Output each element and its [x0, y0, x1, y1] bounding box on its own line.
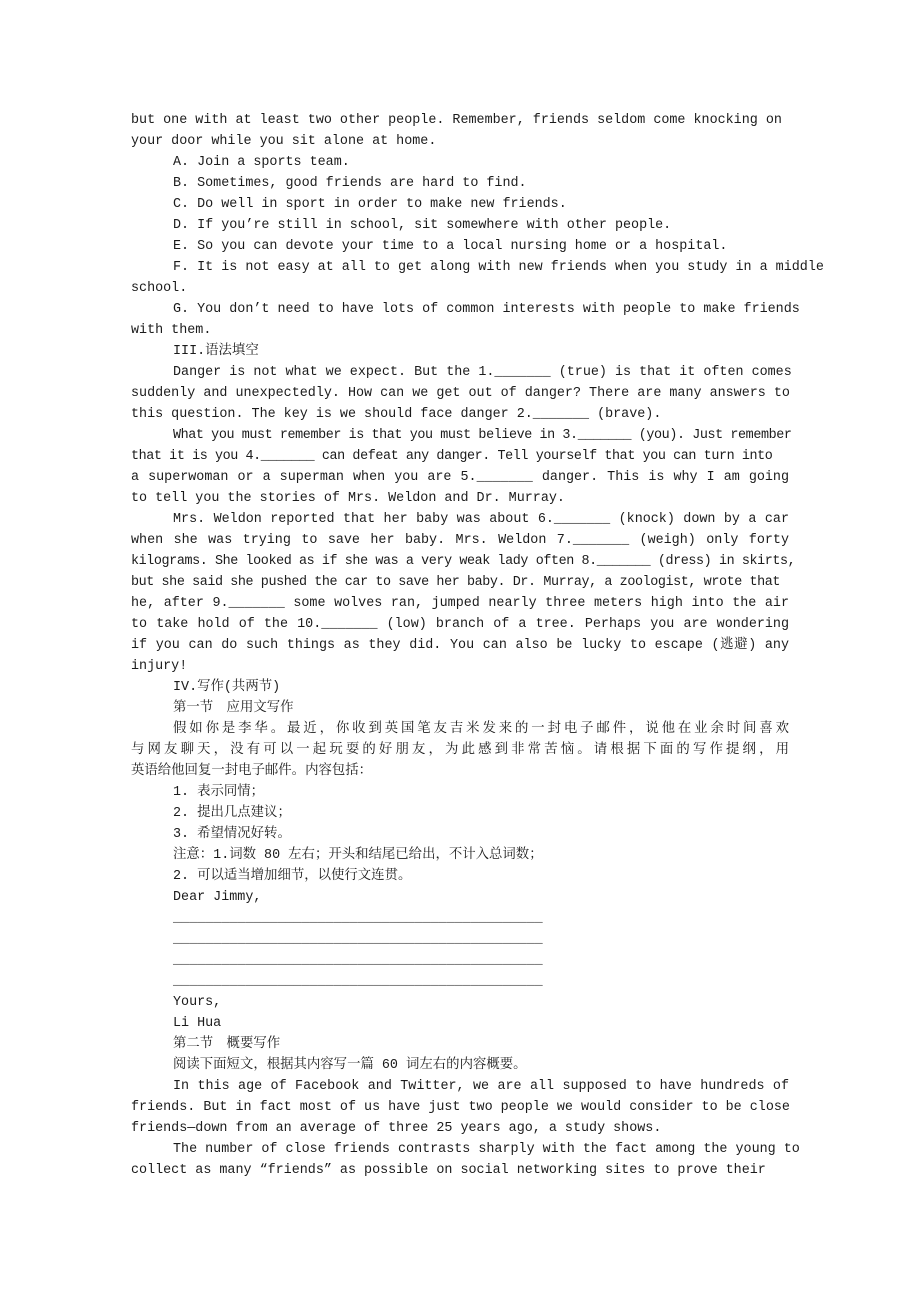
text-line: friends—down from an average of three 25…: [131, 1118, 789, 1139]
text-line: friends. But in fact most of us have jus…: [131, 1097, 789, 1118]
text-line: Yours,: [131, 992, 789, 1013]
text-line: your door while you sit alone at home.: [131, 131, 789, 152]
text-line: collect as many “friends” as possible on…: [131, 1160, 789, 1181]
text-line: In this age of Facebook and Twitter, we …: [131, 1076, 789, 1097]
answer-blank-line: ________________________________________…: [131, 929, 789, 950]
answer-blank-line: ________________________________________…: [131, 971, 789, 992]
text-line: C. Do well in sport in order to make new…: [131, 194, 789, 215]
text-line: The number of close friends contrasts sh…: [131, 1139, 789, 1160]
text-line: school.: [131, 278, 789, 299]
text-line: 2. 提出几点建议；: [131, 803, 789, 824]
answer-blank-line: ________________________________________…: [131, 950, 789, 971]
text-line: Li Hua: [131, 1013, 789, 1034]
text-line: kilograms. She looked as if she was a ve…: [131, 551, 789, 572]
text-line: this question. The key is we should face…: [131, 404, 789, 425]
text-line: 英语给他回复一封电子邮件。内容包括：: [131, 761, 789, 782]
text-line: suddenly and unexpectedly. How can we ge…: [131, 383, 789, 404]
text-line: D. If you’re still in school, sit somewh…: [131, 215, 789, 236]
text-line: if you can do such things as they did. Y…: [131, 635, 789, 656]
text-line: 假如你是李华。最近，你收到英国笔友吉米发来的一封电子邮件，说他在业余时间喜欢: [131, 719, 789, 740]
text-line: Mrs. Weldon reported that her baby was a…: [131, 509, 789, 530]
text-line: that it is you 4._______ can defeat any …: [131, 446, 789, 467]
text-line: 2. 可以适当增加细节，以使行文连贯。: [131, 866, 789, 887]
text-line: a superwoman or a superman when you are …: [131, 467, 789, 488]
text-line: he, after 9._______ some wolves ran, jum…: [131, 593, 789, 614]
text-line: 1. 表示同情；: [131, 782, 789, 803]
text-line: A. Join a sports team.: [131, 152, 789, 173]
text-line: Danger is not what we expect. But the 1.…: [131, 362, 789, 383]
text-line: but one with at least two other people. …: [131, 110, 789, 131]
document-page: but one with at least two other people. …: [131, 110, 789, 1181]
text-line: 与网友聊天，没有可以一起玩耍的好朋友，为此感到非常苦恼。请根据下面的写作提纲，用: [131, 740, 789, 761]
text-line: 3. 希望情况好转。: [131, 824, 789, 845]
text-line: but she said she pushed the car to save …: [131, 572, 789, 593]
text-line: injury!: [131, 656, 789, 677]
text-line: 第一节 应用文写作: [131, 698, 789, 719]
answer-blank-line: ________________________________________…: [131, 908, 789, 929]
text-line: G. You don’t need to have lots of common…: [131, 299, 789, 320]
text-line: E. So you can devote your time to a loca…: [131, 236, 789, 257]
text-line: IV.写作(共两节): [131, 677, 789, 698]
text-line: Dear Jimmy,: [131, 887, 789, 908]
text-line: III.语法填空: [131, 341, 789, 362]
text-line: to take hold of the 10._______ (low) bra…: [131, 614, 789, 635]
text-line: F. It is not easy at all to get along wi…: [131, 257, 789, 278]
text-line: to tell you the stories of Mrs. Weldon a…: [131, 488, 789, 509]
text-line: with them.: [131, 320, 789, 341]
text-line: What you must remember is that you must …: [131, 425, 789, 446]
text-line: when she was trying to save her baby. Mr…: [131, 530, 789, 551]
text-line: 第二节 概要写作: [131, 1034, 789, 1055]
text-line: 注意：1.词数 80 左右；开头和结尾已给出，不计入总词数；: [131, 845, 789, 866]
text-line: B. Sometimes, good friends are hard to f…: [131, 173, 789, 194]
text-line: 阅读下面短文，根据其内容写一篇 60 词左右的内容概要。: [131, 1055, 789, 1076]
